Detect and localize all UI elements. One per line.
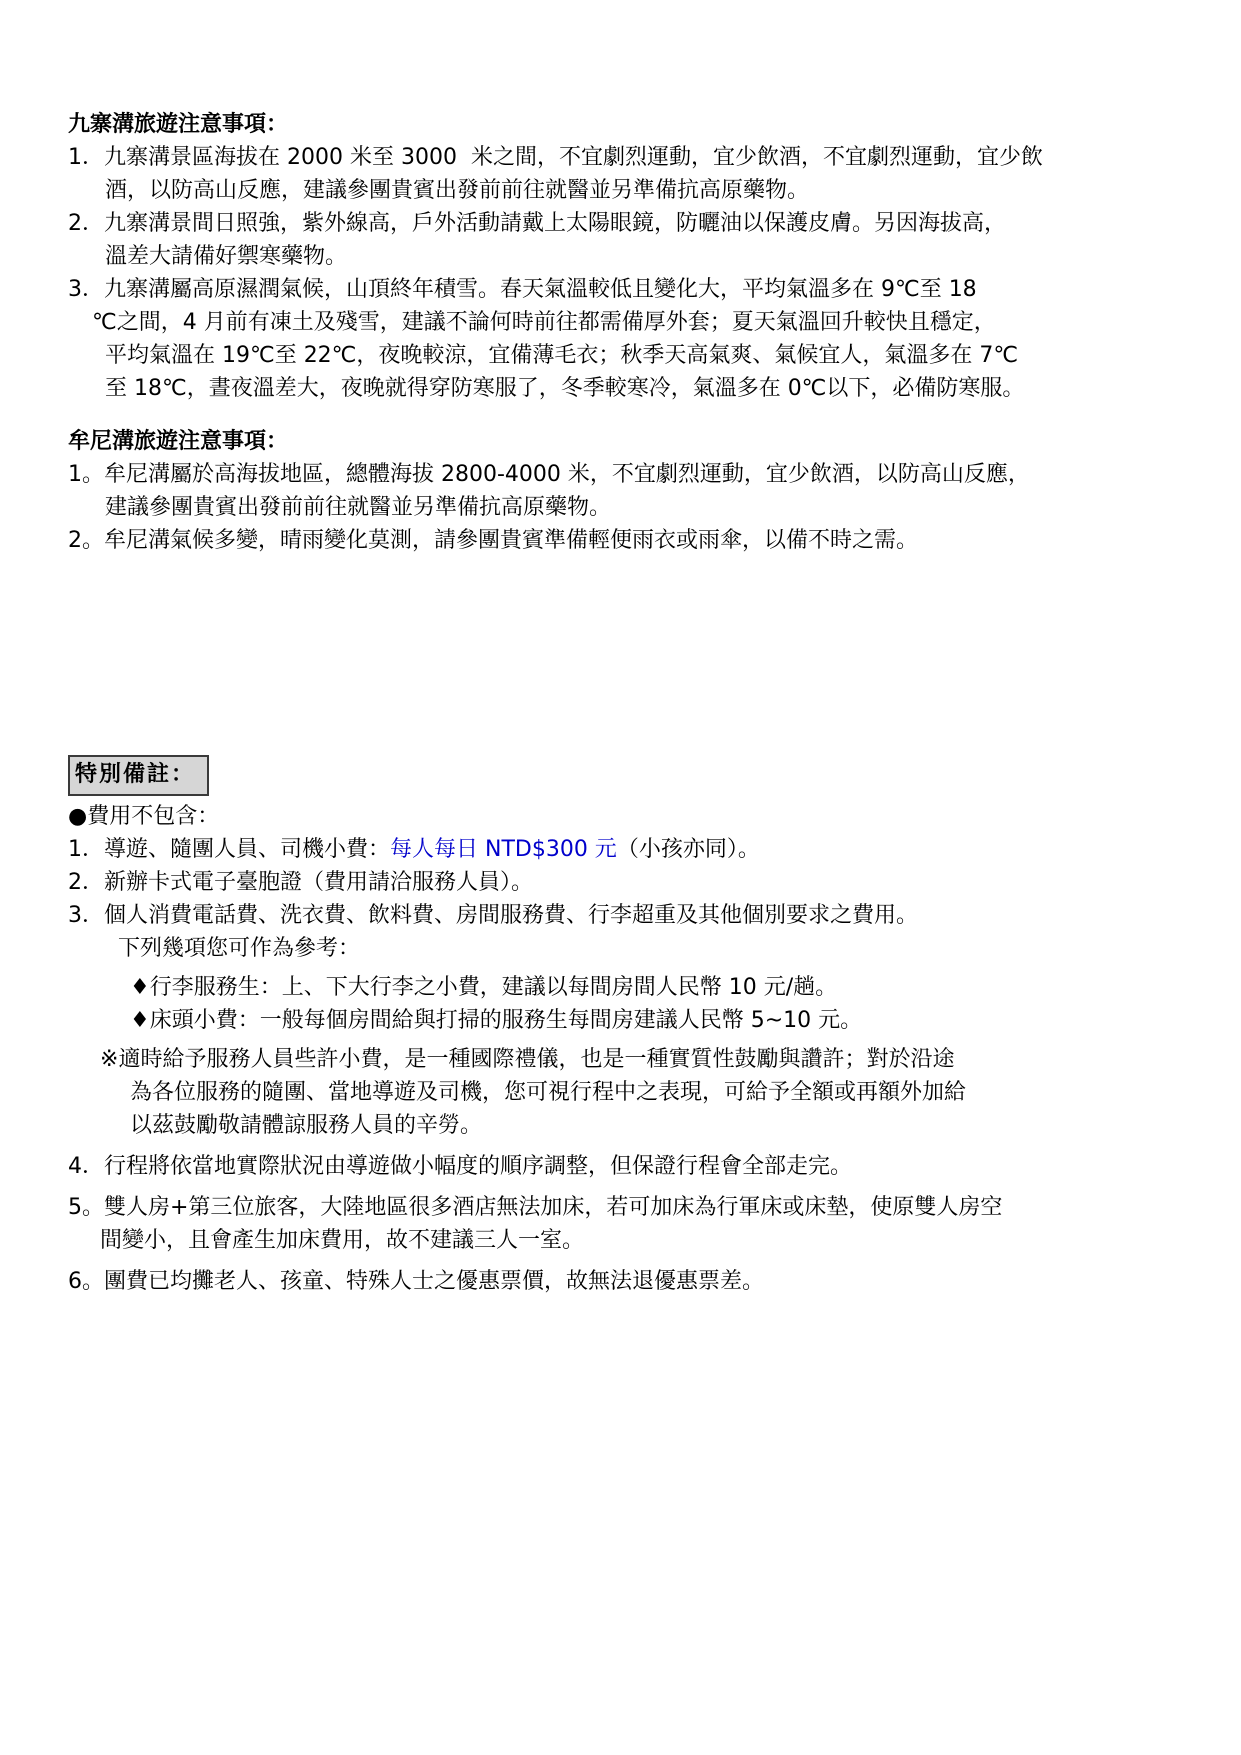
- jiuzhaigou-item2-line2: 溫差大請備好禦寒藥物。: [68, 240, 1181, 273]
- notes-item3-note-line1-text: 適時給予服務人員些許小費，是一種國際禮儀，也是一種實質性鼓勵與讚許；對於沿途: [118, 1047, 954, 1072]
- jiuzhaigou-section-title: 九寨溝旅遊注意事項：: [68, 108, 1181, 141]
- notes-item3: 3．個人消費電話費、洗衣費、飲料費、房間服務費、行李超重及其他個別要求之費用。: [68, 899, 1181, 932]
- notes-item5-line1: 5。雙人房+第三位旅客，大陸地區很多酒店無法加床，若可加床為行軍床或床墊，使原雙…: [68, 1191, 1181, 1224]
- notes-item1-prefix: 1．導遊、隨團人員、司機小費：: [68, 837, 390, 862]
- special-notes-box-row: 特別備註：: [68, 755, 1181, 796]
- notes-fees-excluded-label: 費用不包含：: [87, 804, 219, 829]
- notes-item3-tip1-text: 行李服務生：上、下大行李之小費，建議以每間房間人民幣 10 元/趟。: [150, 975, 837, 1000]
- diamond-bullet-icon: ♦: [130, 1008, 150, 1033]
- mouni-item1-line1: 1。牟尼溝屬於高海拔地區，總體海拔 2800-4000 米，不宜劇烈運動，宜少飲…: [68, 458, 1181, 491]
- notes-item3-note-line2: 為各位服務的隨團、當地導遊及司機，您可視行程中之表現，可給予全額或再額外加給: [68, 1076, 1181, 1109]
- notes-item1-suffix: （小孩亦同）。: [617, 837, 760, 862]
- jiuzhaigou-item3-line1: 3．九寨溝屬高原濕潤氣候，山頂終年積雪。春天氣溫較低且變化大，平均氣溫多在 9℃…: [68, 273, 1181, 306]
- notes-item3-note-line1: ※適時給予服務人員些許小費，是一種國際禮儀，也是一種實質性鼓勵與讚許；對於沿途: [68, 1043, 1181, 1076]
- mouni-item2-line1: 2。牟尼溝氣候多變，晴雨變化莫測，請參團貴賓準備輕便雨衣或雨傘，以備不時之需。: [68, 524, 1181, 557]
- reference-mark-icon: ※: [100, 1047, 118, 1072]
- jiuzhaigou-item1-line1: 1．九寨溝景區海拔在 2000 米至 3000 米之間，不宜劇烈運動，宜少飲酒，…: [68, 141, 1181, 174]
- notes-item3-tip1: ♦行李服務生：上、下大行李之小費，建議以每間房間人民幣 10 元/趟。: [68, 971, 1181, 1004]
- jiuzhaigou-item2-line1: 2．九寨溝景間日照強，紫外線高，戶外活動請戴上太陽眼鏡，防曬油以保護皮膚。另因海…: [68, 207, 1181, 240]
- jiuzhaigou-item3-line4: 至 18℃，晝夜溫差大，夜晚就得穿防寒服了，冬季較寒冷，氣溫多在 0℃以下，必備…: [68, 372, 1181, 405]
- mouni-item1-line2: 建議參團貴賓出發前前往就醫並另準備抗高原藥物。: [68, 491, 1181, 524]
- notes-item3-tip2-text: 床頭小費：一般每個房間給與打掃的服務生每間房建議人民幣 5~10 元。: [150, 1008, 862, 1033]
- mouni-section-title: 牟尼溝旅遊注意事項：: [68, 425, 1181, 458]
- jiuzhaigou-item3-line3: 平均氣溫在 19℃至 22℃，夜晚較涼，宜備薄毛衣；秋季天高氣爽、氣候宜人，氣溫…: [68, 339, 1181, 372]
- notes-item3-note-line3: 以茲鼓勵敬請體諒服務人員的辛勞。: [68, 1109, 1181, 1142]
- jiuzhaigou-item1-line2: 酒，以防高山反應，建議參團貴賓出發前前往就醫並另準備抗高原藥物。: [68, 174, 1181, 207]
- notes-item5-line2: 間變小，且會產生加床費用，故不建議三人一室。: [68, 1224, 1181, 1257]
- diamond-bullet-icon: ♦: [130, 975, 150, 1000]
- notes-item6: 6。團費已均攤老人、孩童、特殊人士之優惠票價，故無法退優惠票差。: [68, 1265, 1181, 1298]
- notes-item4: 4．行程將依當地實際狀況由導遊做小幅度的順序調整，但保證行程會全部走完。: [68, 1150, 1181, 1183]
- document-page: 九寨溝旅遊注意事項： 1．九寨溝景區海拔在 2000 米至 3000 米之間，不…: [0, 0, 1241, 1755]
- notes-item1: 1．導遊、隨團人員、司機小費：每人每日 NTD$300 元（小孩亦同）。: [68, 833, 1181, 866]
- jiuzhaigou-item3-line2: ℃之間，4 月前有凍土及殘雪，建議不論何時前往都需備厚外套；夏天氣溫回升較快且穩…: [68, 306, 1181, 339]
- notes-fees-excluded-line: ●費用不包含：: [68, 800, 1181, 833]
- notes-item3-ref-intro: 下列幾項您可作為參考：: [68, 932, 1181, 965]
- special-notes-box-title: 特別備註：: [68, 755, 209, 796]
- notes-item2: 2．新辦卡式電子臺胞證（費用請洽服務人員）。: [68, 866, 1181, 899]
- notes-item1-tip-amount: 每人每日 NTD$300 元: [390, 837, 617, 862]
- filled-circle-bullet-icon: ●: [68, 804, 87, 829]
- notes-item3-tip2: ♦床頭小費：一般每個房間給與打掃的服務生每間房建議人民幣 5~10 元。: [68, 1004, 1181, 1037]
